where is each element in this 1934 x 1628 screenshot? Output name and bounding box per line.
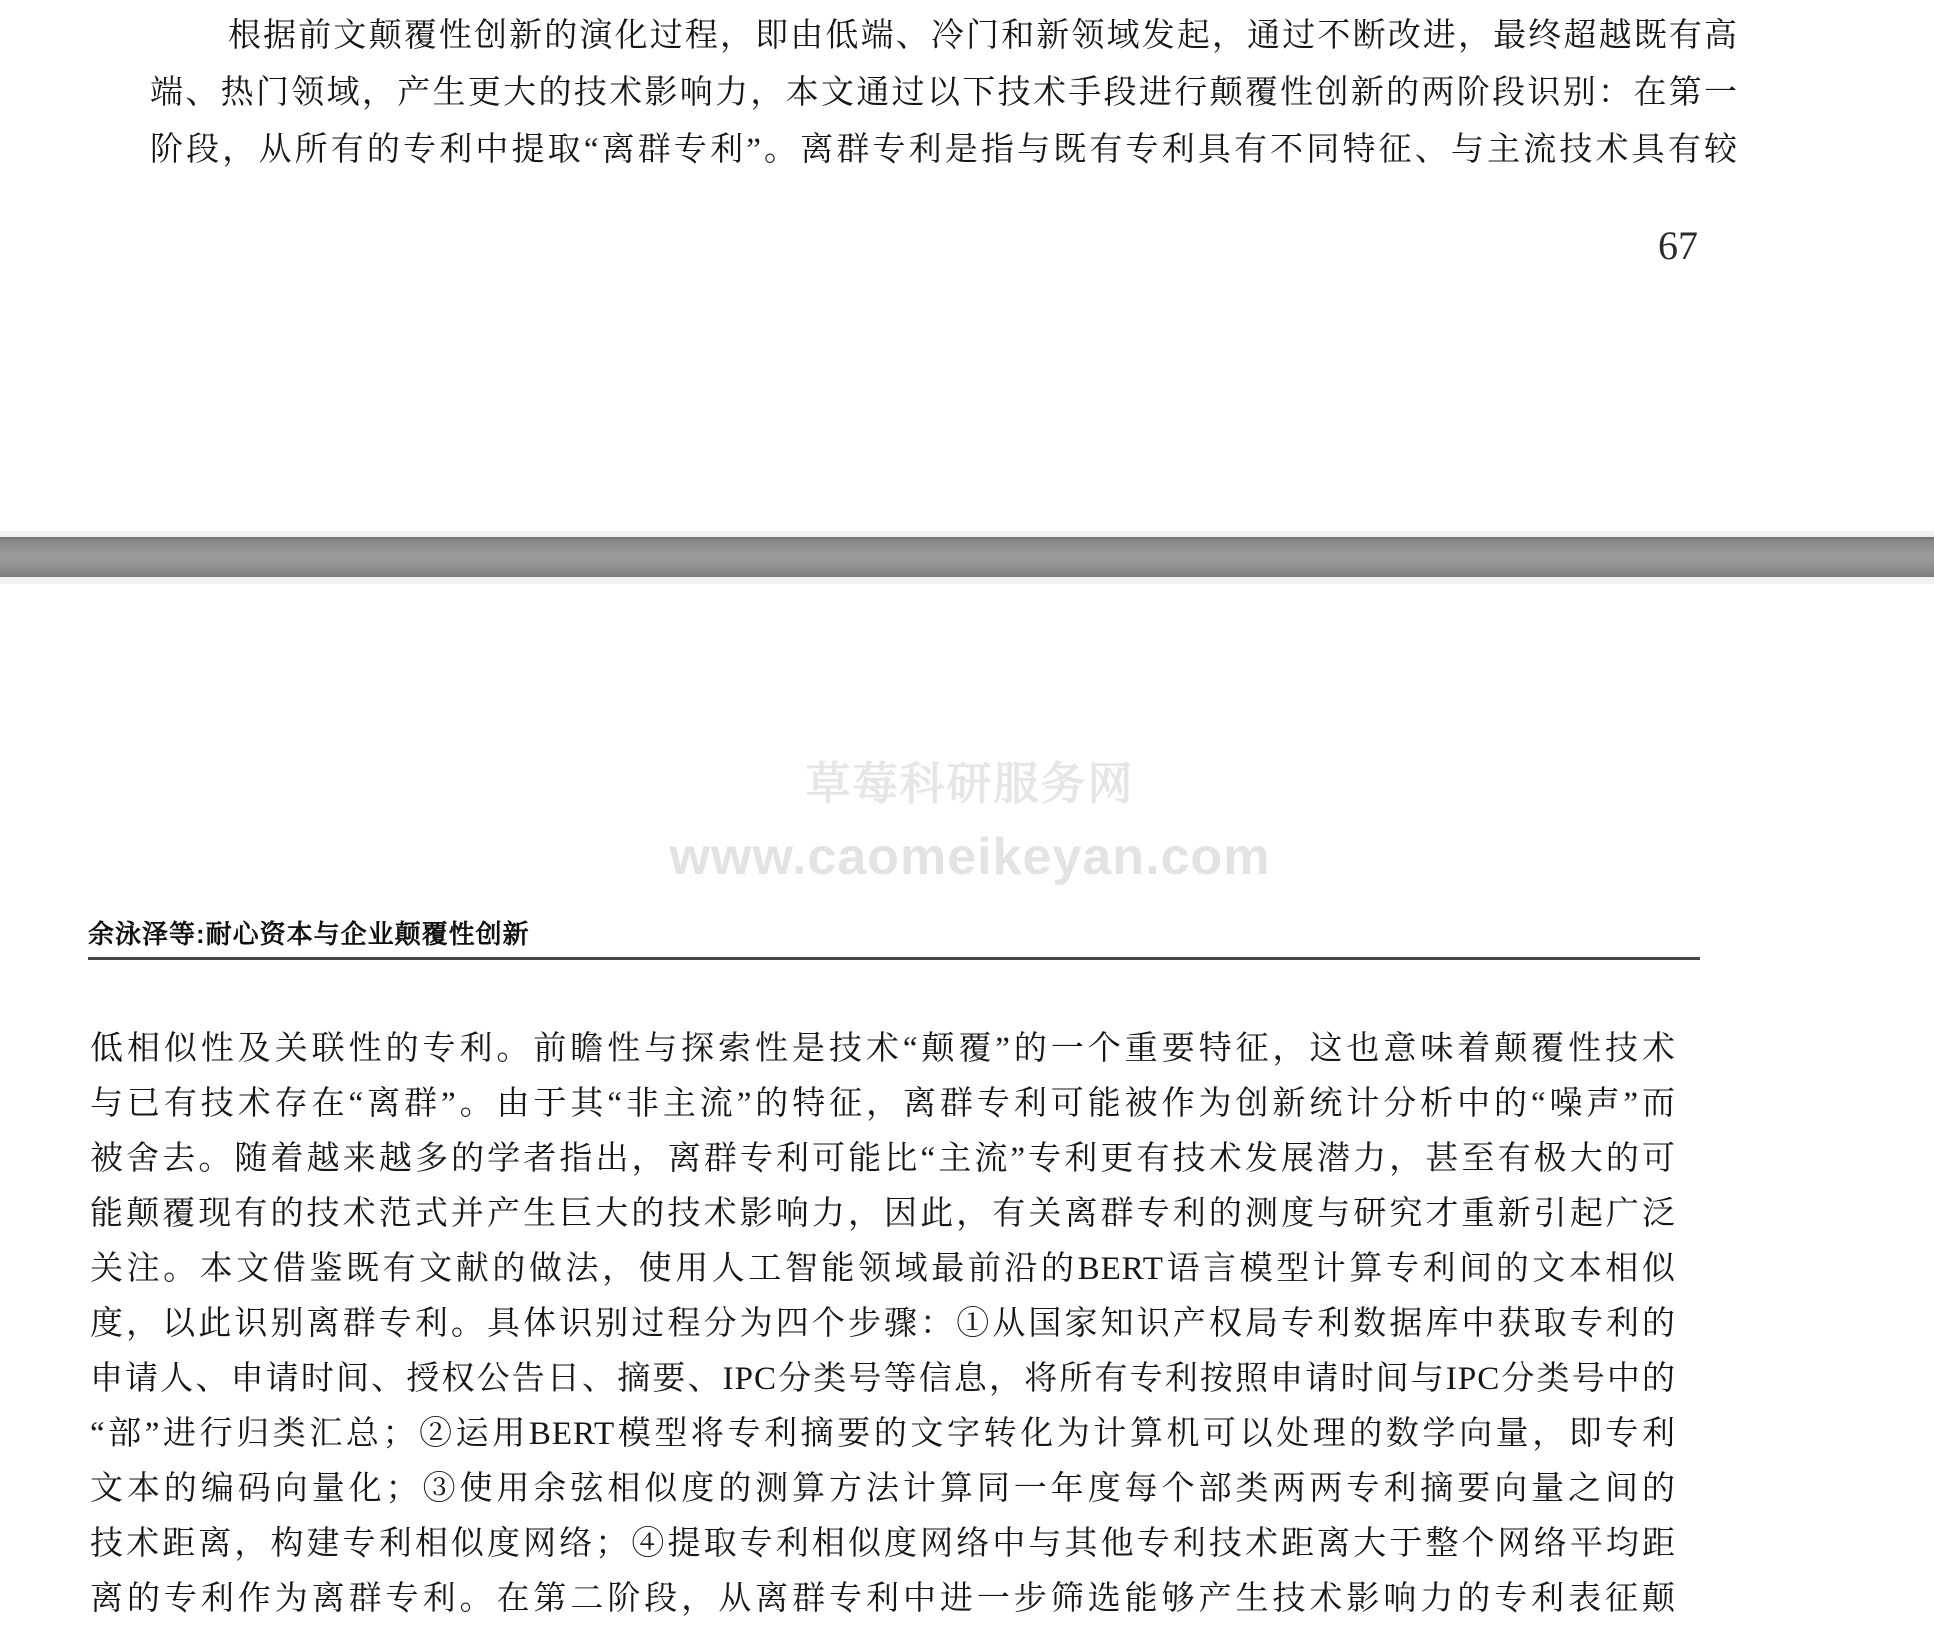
paragraph-line: 技术距离，构建专利相似度网络；④提取专利相似度网络中与其他专利技术距离大于整个网… xyxy=(90,1517,1676,1572)
paragraph-line: 与已有技术存在“离群”。由于其“非主流”的特征，离群专利可能被作为创新统计分析中… xyxy=(90,1077,1676,1132)
paragraph-line: 阶段，从所有的专利中提取“离群专利”。离群专利是指与既有专利具有不同特征、与主流… xyxy=(150,122,1738,179)
watermark: 草莓科研服务网 www.caomeikeyan.com xyxy=(670,756,1271,890)
paragraph-line: 关注。本文借鉴既有文献的做法，使用人工智能领域最前沿的BERT语言模型计算专利间… xyxy=(90,1242,1676,1297)
paragraph-line: “部”进行归类汇总；②运用BERT模型将专利摘要的文字转化为计算机可以处理的数学… xyxy=(90,1407,1676,1462)
paragraph-line: 被舍去。随着越来越多的学者指出，离群专利可能比“主流”专利更有技术发展潜力，甚至… xyxy=(90,1132,1676,1187)
pdf-page-view: 根据前文颠覆性创新的演化过程，即由低端、冷门和新领域发起，通过不断改进，最终超越… xyxy=(0,0,1934,1628)
paragraph-line: 端、热门领域，产生更大的技术影响力，本文通过以下技术手段进行颠覆性创新的两阶段识… xyxy=(150,65,1738,122)
paragraph-line: 文本的编码向量化；③使用余弦相似度的测算方法计算同一年度每个部类两两专利摘要向量… xyxy=(90,1462,1676,1517)
paragraph-line: 申请人、申请时间、授权公告日、摘要、IPC分类号等信息，将所有专利按照申请时间与… xyxy=(90,1352,1676,1407)
page-number: 67 xyxy=(1658,222,1698,269)
paragraph-line: 度，以此识别离群专利。具体识别过程分为四个步骤：①从国家知识产权局专利数据库中获… xyxy=(90,1297,1676,1352)
header-rule xyxy=(88,957,1700,960)
current-page-text-block: 低相似性及关联性的专利。前瞻性与探索性是技术“颠覆”的一个重要特征，这也意味着颠… xyxy=(90,1022,1676,1628)
page-gap xyxy=(0,531,1934,584)
watermark-title: 草莓科研服务网 xyxy=(670,756,1271,812)
running-header: 余泳泽等:耐心资本与企业颠覆性创新 xyxy=(88,914,530,951)
paragraph-line: 能颠覆现有的技术范式并产生巨大的技术影响力，因此，有关离群专利的测度与研究才重新… xyxy=(90,1187,1676,1242)
paragraph-line: 根据前文颠覆性创新的演化过程，即由低端、冷门和新领域发起，通过不断改进，最终超越… xyxy=(150,8,1738,65)
watermark-url: www.caomeikeyan.com xyxy=(670,824,1271,890)
paragraph-line-clipped: 离的专利作为离群专利。在第二阶段，从离群专利中进一步筛选能够产生技术影响力的专利… xyxy=(90,1572,1676,1627)
paragraph-line: 低相似性及关联性的专利。前瞻性与探索性是技术“颠覆”的一个重要特征，这也意味着颠… xyxy=(90,1022,1676,1077)
page-divider-bar xyxy=(0,537,1934,577)
previous-page-text-block: 根据前文颠覆性创新的演化过程，即由低端、冷门和新领域发起，通过不断改进，最终超越… xyxy=(150,8,1738,179)
